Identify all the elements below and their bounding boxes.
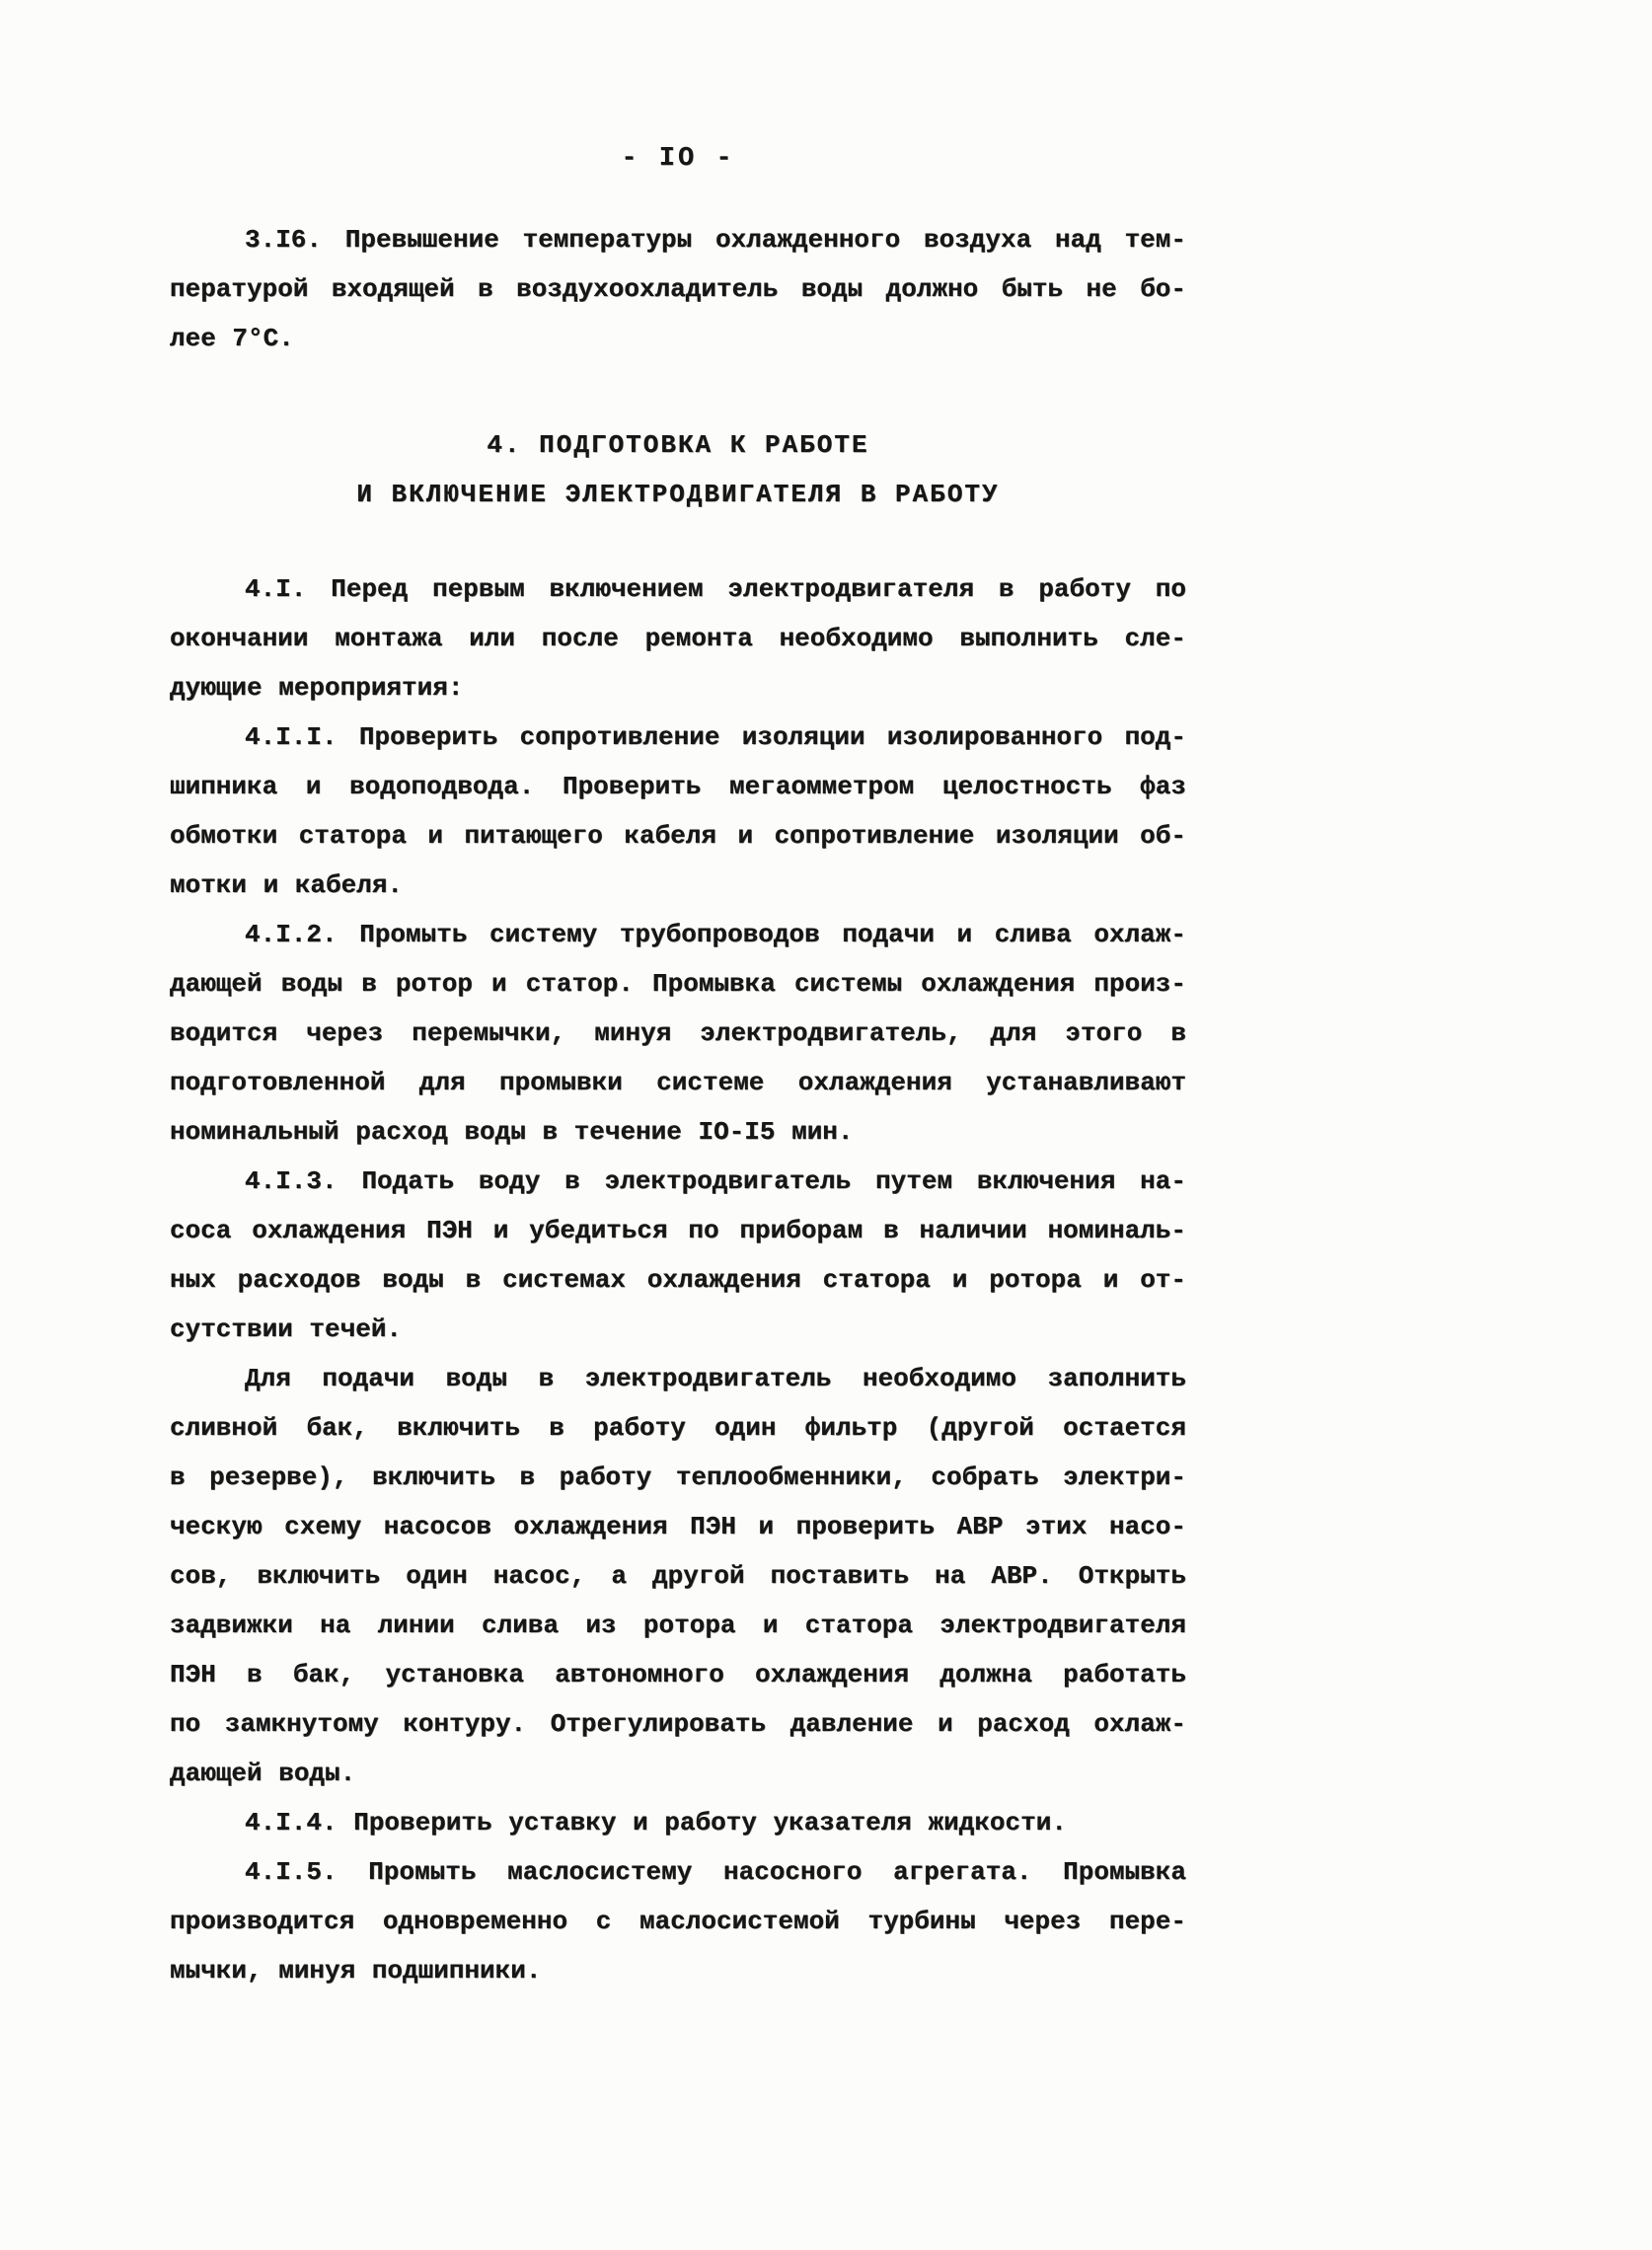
paragraph: 3.I6. Превышение температуры охлажденног… [170, 215, 1186, 363]
paragraph: Для подачи воды в электродвигатель необх… [170, 1354, 1186, 1798]
text-line: по замкнутому контуру. Отрегулировать да… [170, 1699, 1186, 1749]
paragraph: 4.I.4. Проверить уставку и работу указат… [170, 1798, 1186, 1847]
text-line: ческую схему насосов охлаждения ПЭН и пр… [170, 1502, 1186, 1551]
text-line: лее 7°С. [170, 314, 1186, 363]
text-line: подготовленной для промывки системе охла… [170, 1058, 1186, 1107]
document-content: 3.I6. Превышение температуры охлажденног… [170, 215, 1186, 1995]
text-line: 4.I.2. Промыть систему трубопроводов под… [170, 910, 1186, 959]
paragraph: 4.I.5. Промыть маслосистему насосного аг… [170, 1847, 1186, 1995]
text-line: дающей воды в ротор и статор. Промывка с… [170, 959, 1186, 1009]
heading-line: И ВКЛЮЧЕНИЕ ЭЛЕКТРОДВИГАТЕЛЯ В РАБОТУ [170, 470, 1186, 519]
text-line: 4.I.4. Проверить уставку и работу указат… [170, 1798, 1186, 1847]
text-line: сливной бак, включить в работу один филь… [170, 1403, 1186, 1453]
text-line: 3.I6. Превышение температуры охлажденног… [170, 215, 1186, 264]
text-line: 4.I.5. Промыть маслосистему насосного аг… [170, 1847, 1186, 1897]
text-line: окончании монтажа или после ремонта необ… [170, 614, 1186, 663]
text-line: обмотки статора и питающего кабеля и соп… [170, 811, 1186, 861]
text-line: мычки, минуя подшипники. [170, 1946, 1186, 1995]
text-line: сутствии течей. [170, 1305, 1186, 1354]
paragraph: 4.I.3. Подать воду в электродвигатель пу… [170, 1157, 1186, 1354]
paragraph: 4.I.I. Проверить сопротивление изоляции … [170, 712, 1186, 910]
text-line: 4.I.I. Проверить сопротивление изоляции … [170, 712, 1186, 762]
document-page: - IO - 3.I6. Превышение температуры охла… [0, 0, 1652, 2250]
text-line: в резерве), включить в работу теплообмен… [170, 1453, 1186, 1502]
paragraph: 4.I.2. Промыть систему трубопроводов под… [170, 910, 1186, 1157]
text-line: ПЭН в бак, установка автономного охлажде… [170, 1650, 1186, 1699]
text-line: дающей воды. [170, 1749, 1186, 1798]
text-line: шипника и водоподвода. Проверить мегаомм… [170, 762, 1186, 811]
heading-line: 4. ПОДГОТОВКА К РАБОТЕ [170, 420, 1186, 470]
text-line: задвижки на линии слива из ротора и стат… [170, 1601, 1186, 1650]
section-heading: 4. ПОДГОТОВКА К РАБОТЕИ ВКЛЮЧЕНИЕ ЭЛЕКТР… [170, 420, 1186, 519]
text-line: 4.I. Перед первым включением электродвиг… [170, 564, 1186, 614]
text-line: ных расходов воды в системах охлаждения … [170, 1255, 1186, 1305]
text-line: соса охлаждения ПЭН и убедиться по прибо… [170, 1206, 1186, 1255]
text-line: дующие мероприятия: [170, 663, 1186, 712]
text-line: пературой входящей в воздухоохладитель в… [170, 264, 1186, 314]
paragraph: 4.I. Перед первым включением электродвиг… [170, 564, 1186, 712]
page-number: - IO - [170, 144, 1186, 174]
text-line: сов, включить один насос, а другой поста… [170, 1551, 1186, 1601]
text-line: номинальный расход воды в течение IO-I5 … [170, 1107, 1186, 1157]
text-line: мотки и кабеля. [170, 861, 1186, 910]
text-line: 4.I.3. Подать воду в электродвигатель пу… [170, 1157, 1186, 1206]
text-line: водится через перемычки, минуя электродв… [170, 1009, 1186, 1058]
text-line: производится одновременно с маслосистемо… [170, 1897, 1186, 1946]
text-line: Для подачи воды в электродвигатель необх… [170, 1354, 1186, 1403]
